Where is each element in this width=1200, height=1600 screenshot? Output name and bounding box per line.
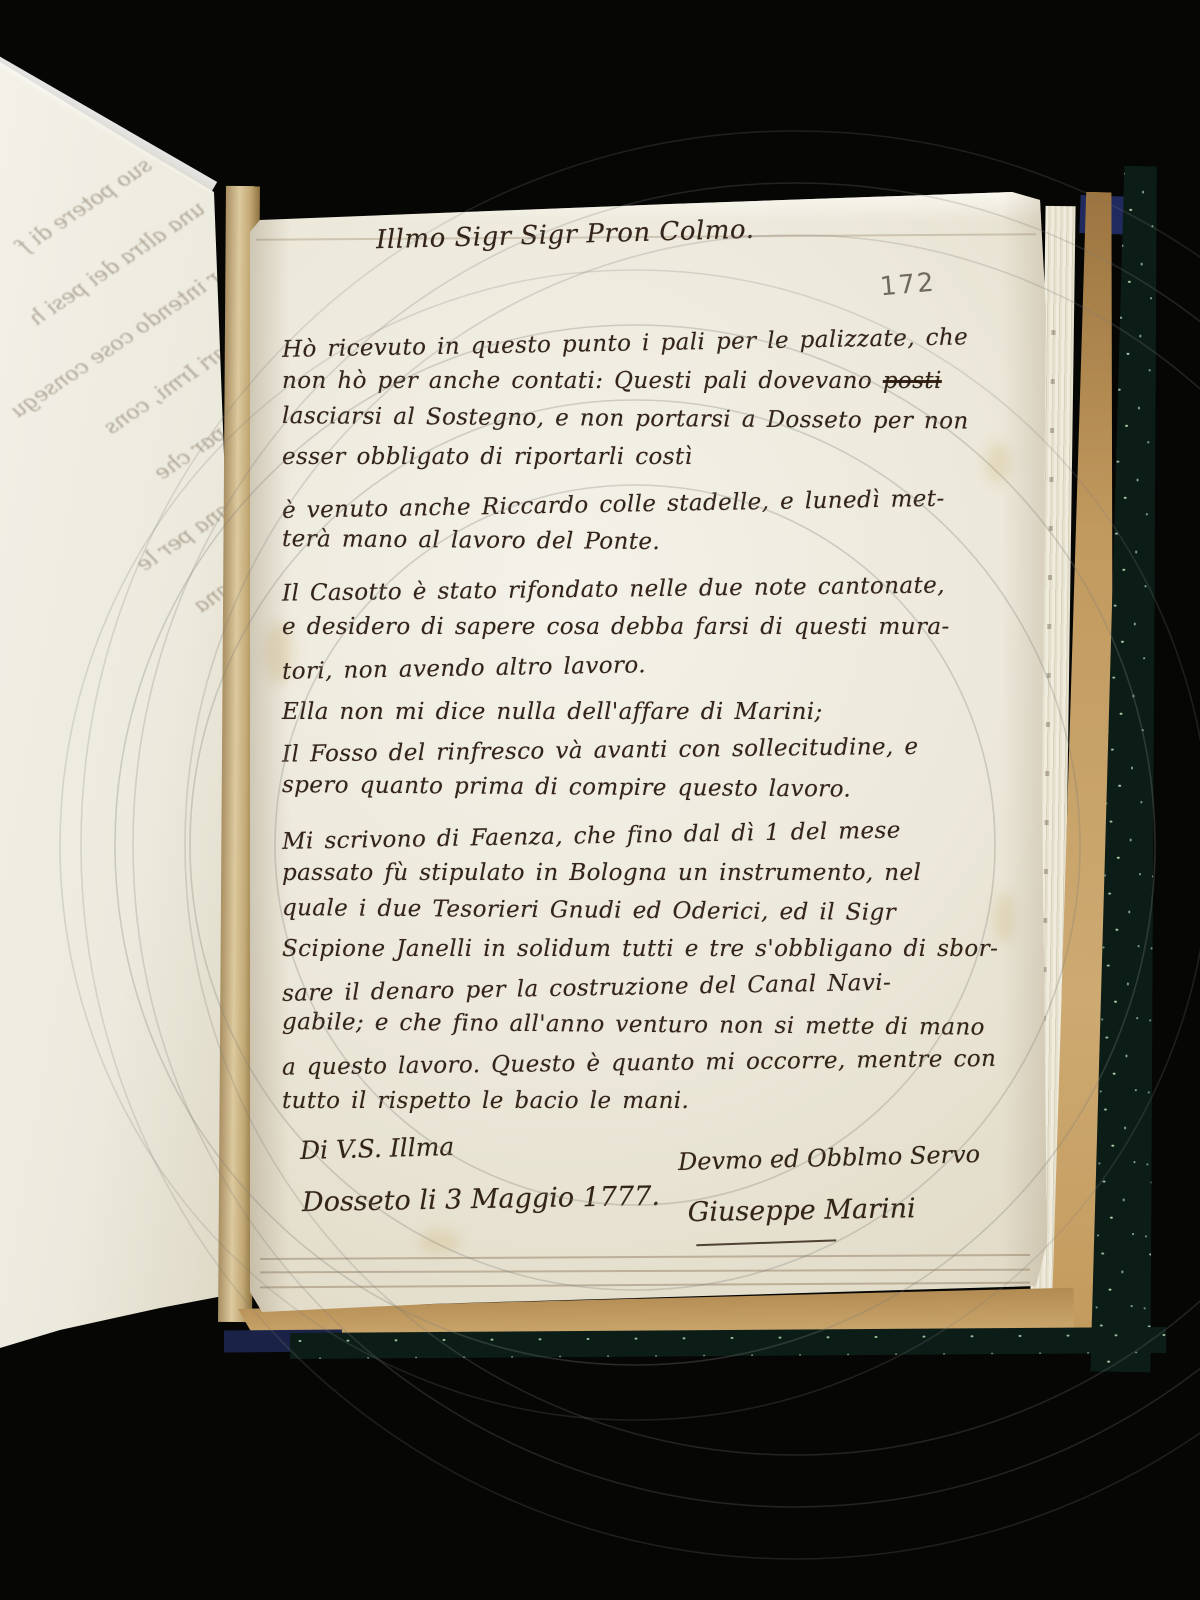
- letter-line: tutto il rispetto le bacio le mani.: [282, 1082, 1030, 1120]
- letter-line: Hò ricevuto in questo punto i pali per l…: [282, 317, 1031, 369]
- letter-line: quale i due Tesorieri Gnudi ed Oderici, …: [282, 889, 1030, 933]
- paper-stain: [994, 892, 1014, 944]
- letter-line: e desidero di sapere cosa debba farsi di…: [282, 608, 1030, 646]
- letter-body: Hò ricevuto in questo punto i pali per l…: [282, 324, 1030, 1120]
- sheet-edge-line: [260, 1282, 1030, 1289]
- paper-stain: [264, 622, 294, 684]
- page-fold-line: [256, 233, 1036, 240]
- letter-line: Il Casotto è stato rifondato nelle due n…: [282, 565, 1030, 612]
- sheet-edge-line: [260, 1254, 1030, 1260]
- letter-line: tori, non avendo altro lavoro.: [282, 639, 1031, 691]
- signature: Giuseppe Marini: [687, 1191, 1050, 1259]
- dateline: Dosseto li 3 Maggio 1777.: [302, 1181, 660, 1218]
- letter-line: lasciarsi al Sostegno, e non portarsi a …: [282, 397, 1030, 441]
- letter-line: esser obbligato di riportarli costì: [282, 438, 1030, 476]
- valediction: Devmo ed Obblmo Servo: [678, 1140, 981, 1176]
- closing-address: Di V.S. Illma: [300, 1132, 455, 1165]
- sheet-edge-line: [260, 1269, 1030, 1274]
- letter-line: Mi scrivono di Faenza, che fino dal dì 1…: [282, 809, 1031, 861]
- manuscript-photo: il suo potere di f una altra dei pesi h …: [0, 0, 1200, 1600]
- letter-line: Il Fosso del rinfresco và avanti con sol…: [282, 726, 1030, 773]
- letter-line: a questo lavoro. Questo è quanto mi occo…: [282, 1039, 1030, 1086]
- letter-line: gabile; e che fino all'anno venturo non …: [282, 1003, 1030, 1047]
- marbled-cover-bottom-edge: [290, 1327, 1166, 1359]
- left-page-leaf: il suo potere di f una altra dei pesi h …: [0, 0, 252, 1600]
- letter-line: non hò per anche contati: Questi pali do…: [282, 362, 1030, 400]
- paper-stain: [418, 1230, 460, 1254]
- bleed-through-text: il suo potere di f una altra dei pesi h …: [0, 124, 252, 1313]
- page-number: 172: [879, 268, 937, 303]
- letter-page: Illmo Sigr Sigr Pron Colmo. 172 Hò ricev…: [250, 192, 1050, 1320]
- letter-line: passato fù stipulato in Bologna un instr…: [282, 854, 1030, 892]
- letter-line: Ella non mi dice nulla dell'affare di Ma…: [282, 693, 1030, 731]
- salutation: Illmo Sigr Sigr Pron Colmo.: [376, 215, 755, 256]
- letter-line: è venuto anche Riccardo colle stadelle, …: [282, 478, 1031, 530]
- letter-line: Scipione Janelli in solidum tutti e tre …: [282, 930, 1030, 968]
- struck-word: posti: [883, 368, 942, 394]
- letter-line-text: non hò per anche contati: Questi pali do…: [282, 368, 872, 394]
- letter-line: terà mano al lavoro del Ponte.: [282, 520, 1030, 564]
- paper-stain: [986, 442, 1010, 484]
- letter-line: spero quanto prima di compire questo lav…: [282, 766, 1030, 810]
- letter-line: sare il denaro per la costruzione del Ca…: [282, 961, 1031, 1013]
